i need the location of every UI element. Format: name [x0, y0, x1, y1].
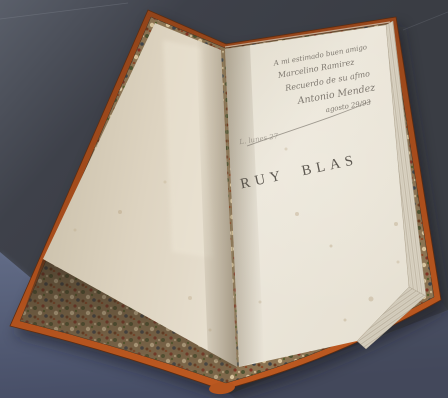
photo-canvas: A mi estimado buen amigo Marcelino Ramir…	[0, 0, 448, 398]
photo: A mi estimado buen amigo Marcelino Ramir…	[0, 0, 448, 398]
